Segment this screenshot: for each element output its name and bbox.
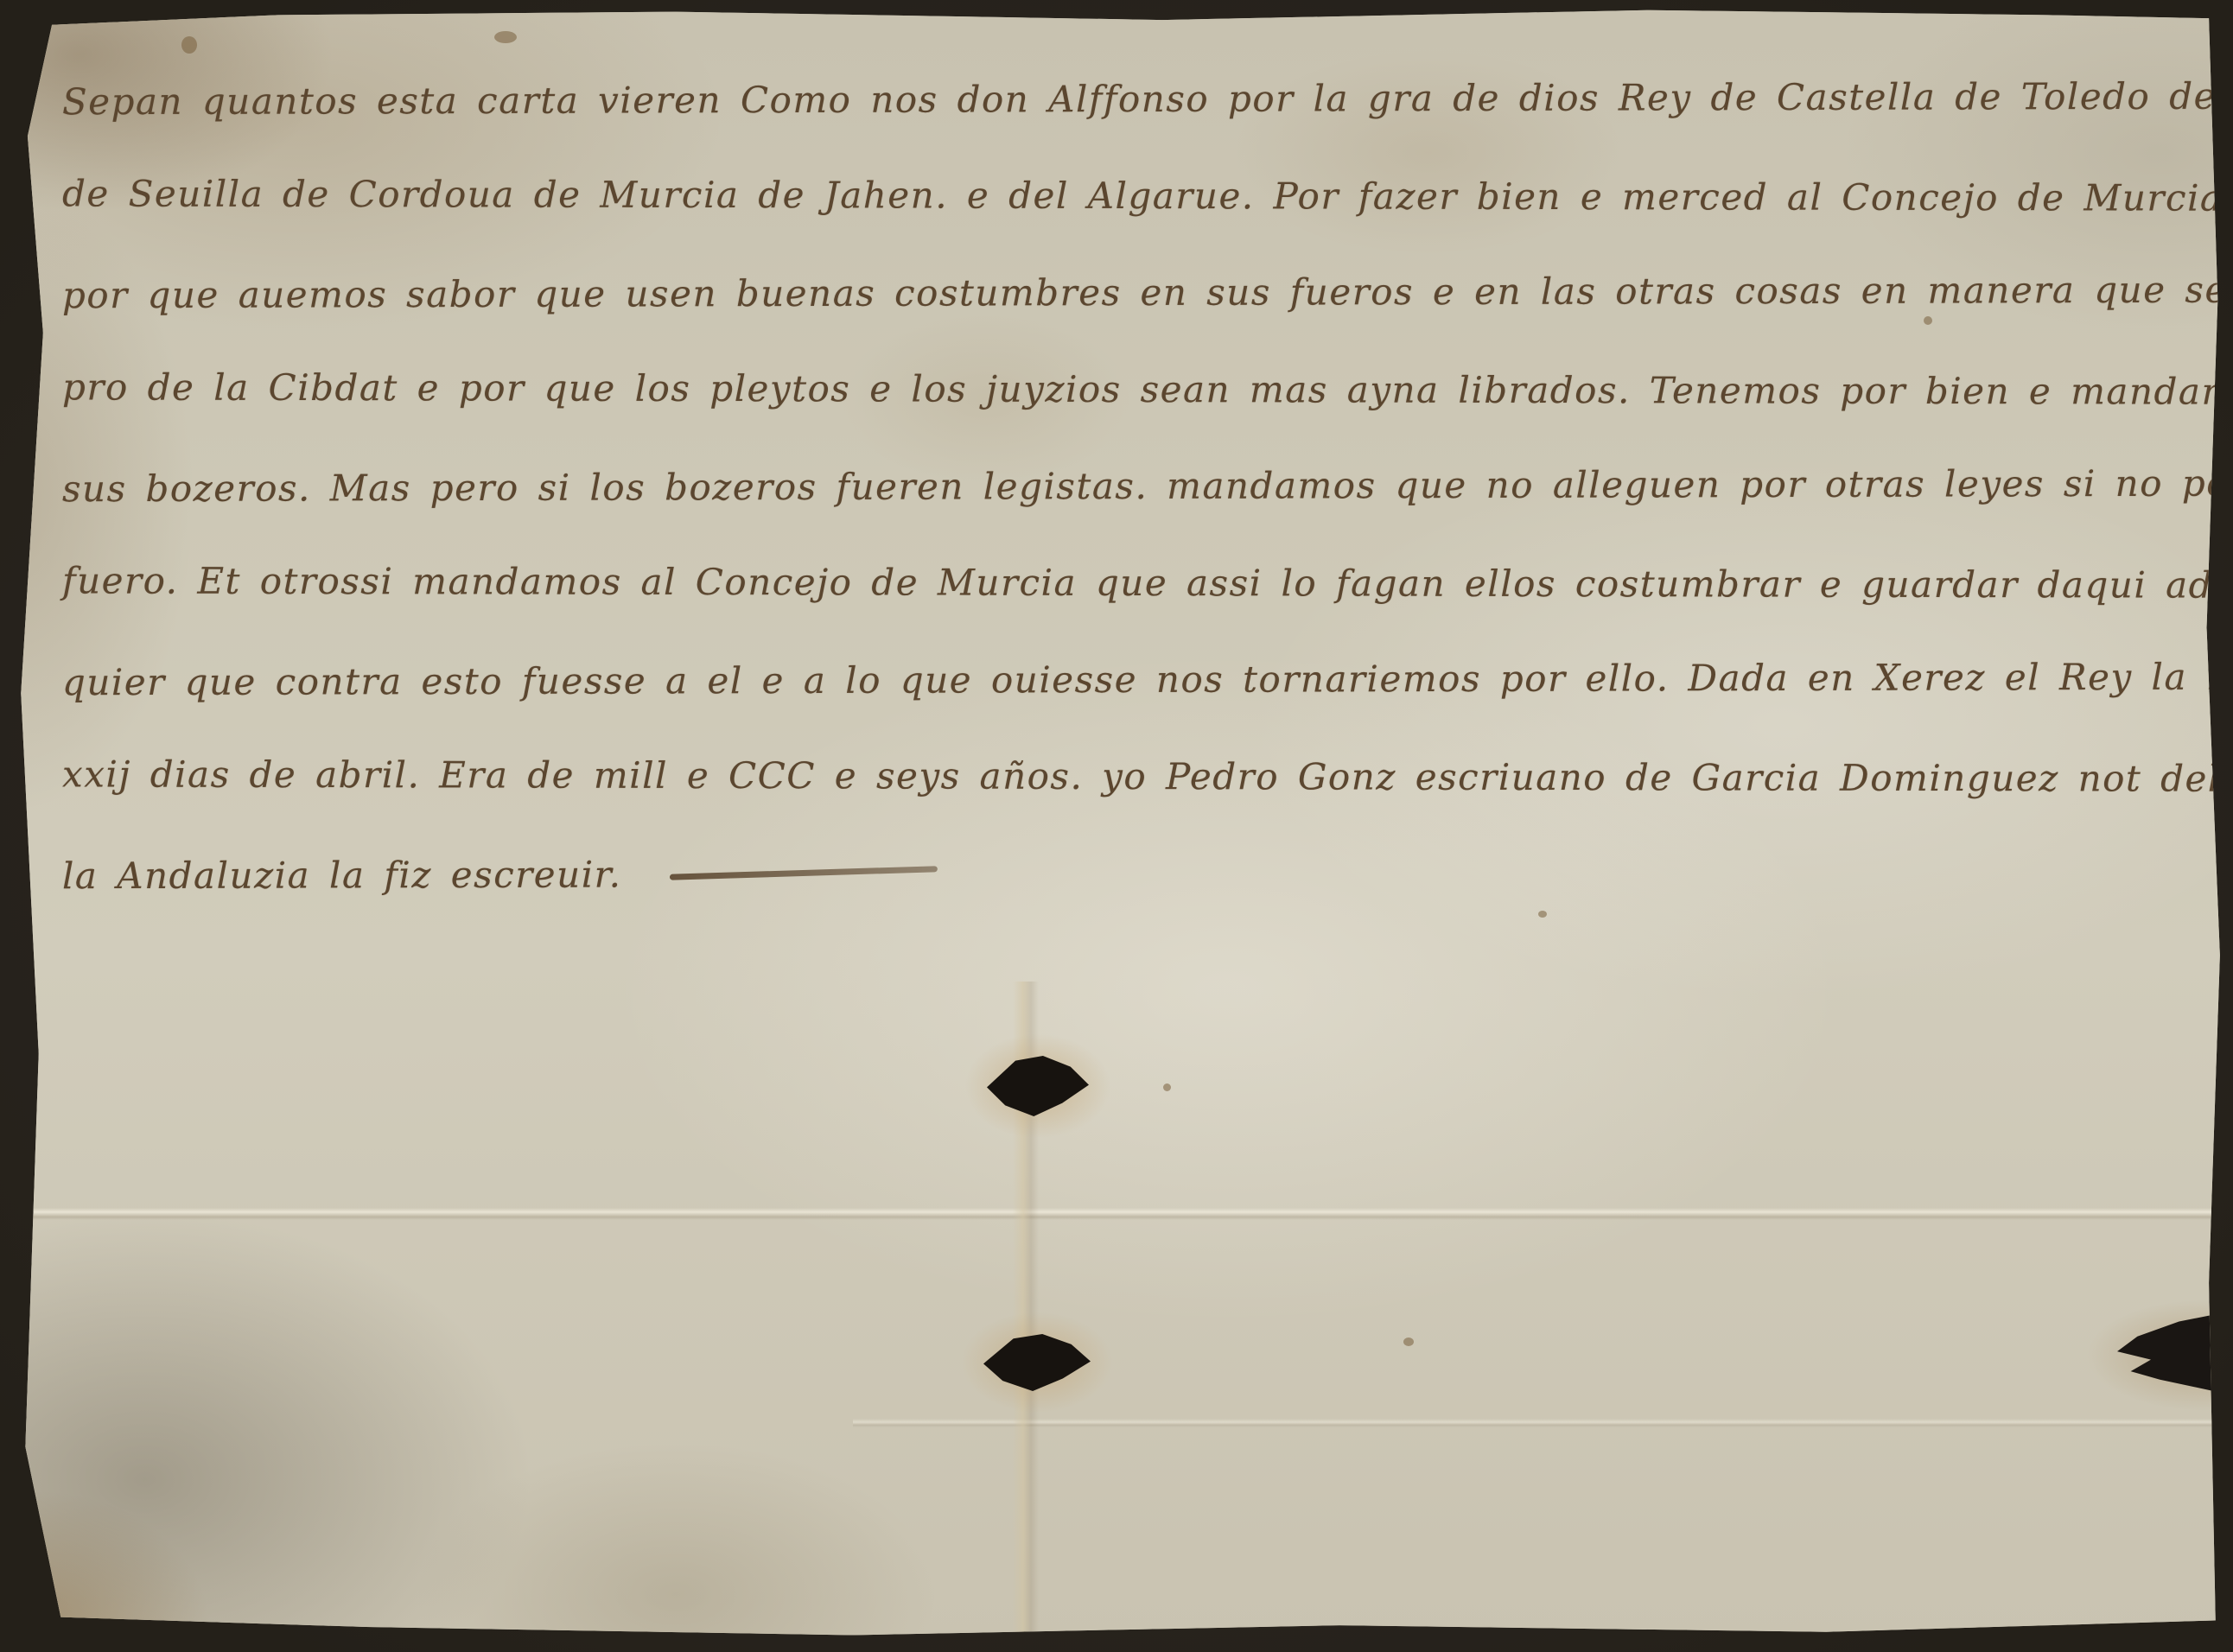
manuscript-line: de Seuilla de Cordoua de Murcia de Jahen… bbox=[62, 172, 2185, 273]
manuscript-line: por que auemos sabor que usen buenas cos… bbox=[62, 269, 2185, 371]
manuscript-line: pro de la Cibdat e por que los pleytos e… bbox=[62, 365, 2185, 467]
horizontal-fold-crease-faint bbox=[853, 1419, 2224, 1427]
manuscript-text-block: Sepan quantos esta carta vieren Como nos… bbox=[62, 78, 2185, 949]
scribal-flourish-line bbox=[669, 866, 937, 880]
ink-smudge bbox=[494, 31, 517, 43]
seal-slit-hole-upper bbox=[987, 1056, 1089, 1116]
parchment: Sepan quantos esta carta vieren Como nos… bbox=[12, 5, 2224, 1643]
stain-speck bbox=[1163, 1083, 1171, 1091]
seal-slit-hole-lower bbox=[983, 1334, 1091, 1391]
manuscript-line: quier que contra esto fuesse a el e a lo… bbox=[62, 656, 2185, 758]
manuscript-line: fuero. Et otrossi mandamos al Concejo de… bbox=[62, 559, 2185, 660]
horizontal-fold-crease bbox=[12, 1208, 2224, 1220]
manuscript-line: sus bozeros. Mas pero si los bozeros fue… bbox=[62, 462, 2185, 564]
manuscript-line: Sepan quantos esta carta vieren Como nos… bbox=[62, 75, 2185, 177]
manuscript-line-text: la Andaluzia la fiz escreuir. bbox=[62, 854, 622, 898]
photo-background: Sepan quantos esta carta vieren Como nos… bbox=[0, 0, 2233, 1652]
stain-speck bbox=[1403, 1337, 1414, 1346]
stain-speck bbox=[181, 36, 197, 54]
manuscript-line-last: la Andaluzia la fiz escreuir. bbox=[62, 849, 2185, 951]
manuscript-line: xxij dias de abril. Era de mill e CCC e … bbox=[62, 753, 2185, 854]
